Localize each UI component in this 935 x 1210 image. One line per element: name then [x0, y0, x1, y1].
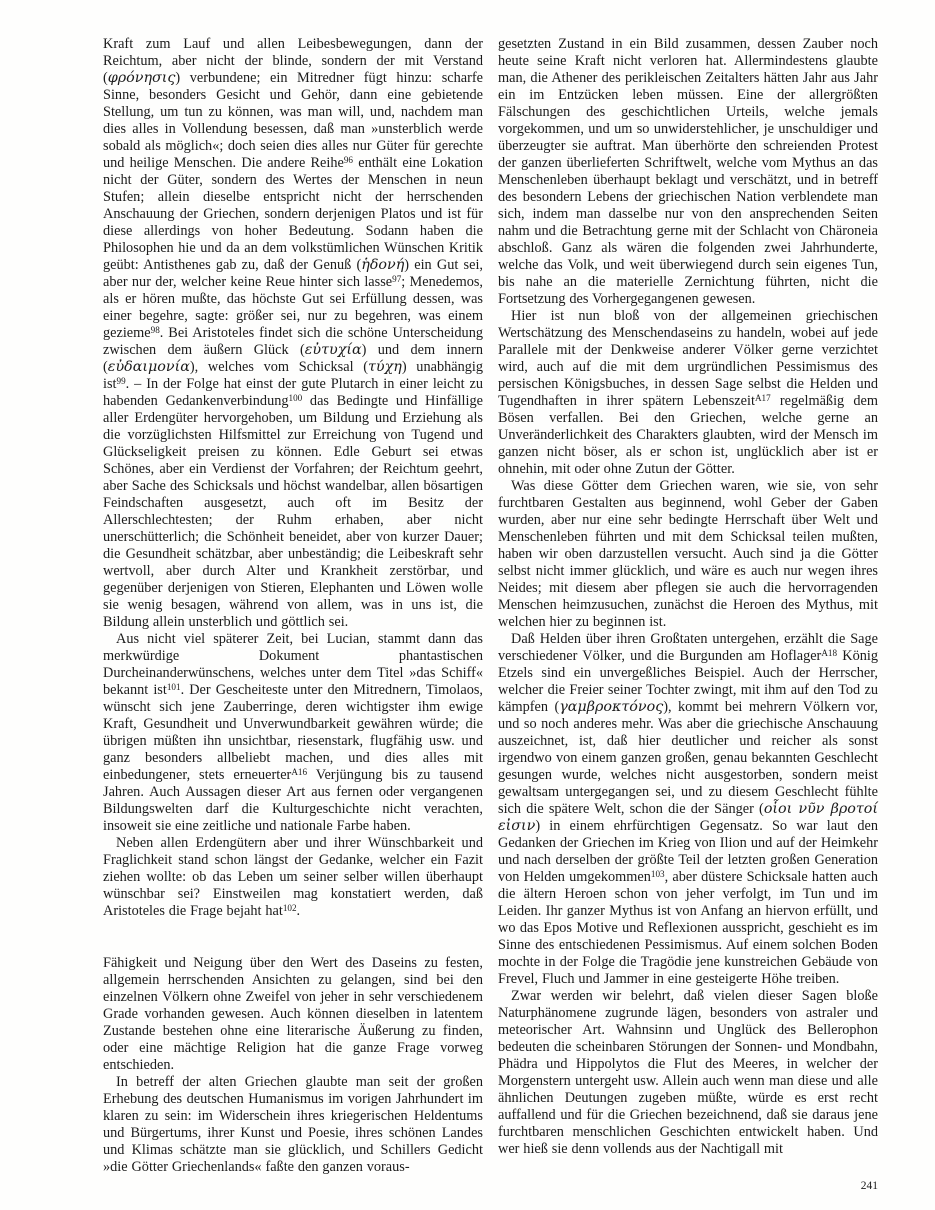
footnote-reference: A18 [821, 648, 837, 658]
left-column: Kraft zum Lauf und allen Leibesbewegunge… [103, 36, 483, 1176]
paragraph: Hier ist nun bloß von der allgemeinen gr… [498, 308, 878, 478]
right-column: gesetzten Zustand in ein Bild zusammen, … [498, 36, 878, 1176]
greek-phrase: φρόνησις [108, 70, 176, 86]
paragraph: Zwar werden wir belehrt, daß vielen dies… [498, 988, 878, 1158]
footnote-reference: A17 [755, 393, 771, 403]
footnote-reference: 101 [167, 682, 181, 692]
greek-phrase: εὐτυχία [305, 342, 362, 358]
paragraph: Fähigkeit und Neigung über den Wert des … [103, 955, 483, 1074]
paragraph: Kraft zum Lauf und allen Leibesbewegunge… [103, 36, 483, 631]
page-number: 241 [103, 1179, 878, 1193]
footnote-reference: A16 [291, 767, 307, 777]
body-text: . [297, 903, 301, 919]
footnote-reference: 100 [289, 393, 303, 403]
paragraph: Neben allen Erdengütern aber und ihrer W… [103, 835, 483, 920]
footnote-reference: 98 [151, 325, 160, 335]
footnote-reference: 97 [392, 274, 401, 284]
paragraph: Was diese Götter dem Griechen waren, wie… [498, 478, 878, 631]
body-text: das Bedingte und Hinfällige aller Erdeng… [103, 393, 483, 630]
paragraph: Daß Helden über ihren Großtaten untergeh… [498, 631, 878, 988]
body-text: gesetzten Zustand in ein Bild zusammen, … [498, 36, 878, 307]
greek-phrase: εὐδαιμονία [108, 359, 190, 375]
body-text: In betreff der alten Griechen glaubte ma… [103, 1074, 483, 1175]
footnote-reference: 96 [344, 155, 353, 165]
greek-phrase: γαμβροκτόνος [559, 699, 663, 715]
greek-phrase: τύχη [368, 359, 402, 375]
paragraph: In betreff der alten Griechen glaubte ma… [103, 1074, 483, 1176]
text-columns: Kraft zum Lauf und allen Leibesbewegunge… [103, 36, 878, 1176]
book-page: Kraft zum Lauf und allen Leibesbewegunge… [0, 0, 935, 1210]
paragraph: Aus nicht viel späterer Zeit, bei Lucian… [103, 631, 483, 835]
body-text: Fähigkeit und Neigung über den Wert des … [103, 955, 483, 1073]
body-text: ), kommt bei mehrern Völkern vor, und so… [498, 699, 878, 817]
body-text: Zwar werden wir belehrt, daß vielen dies… [498, 988, 878, 1157]
body-text: ), welches vom Schicksal ( [190, 359, 368, 375]
paragraph: gesetzten Zustand in ein Bild zusammen, … [498, 36, 878, 308]
footnote-reference: 103 [651, 869, 665, 879]
footnote-reference: 99 [117, 376, 126, 386]
body-text: Was diese Götter dem Griechen waren, wie… [498, 478, 878, 630]
body-text: enthält eine Lokation nicht der Güter, s… [103, 155, 483, 273]
footnote-reference: 102 [283, 903, 297, 913]
body-text: , aber düstere Schicksale hatten auch di… [498, 869, 878, 987]
greek-phrase: ἡδονή [361, 257, 404, 273]
